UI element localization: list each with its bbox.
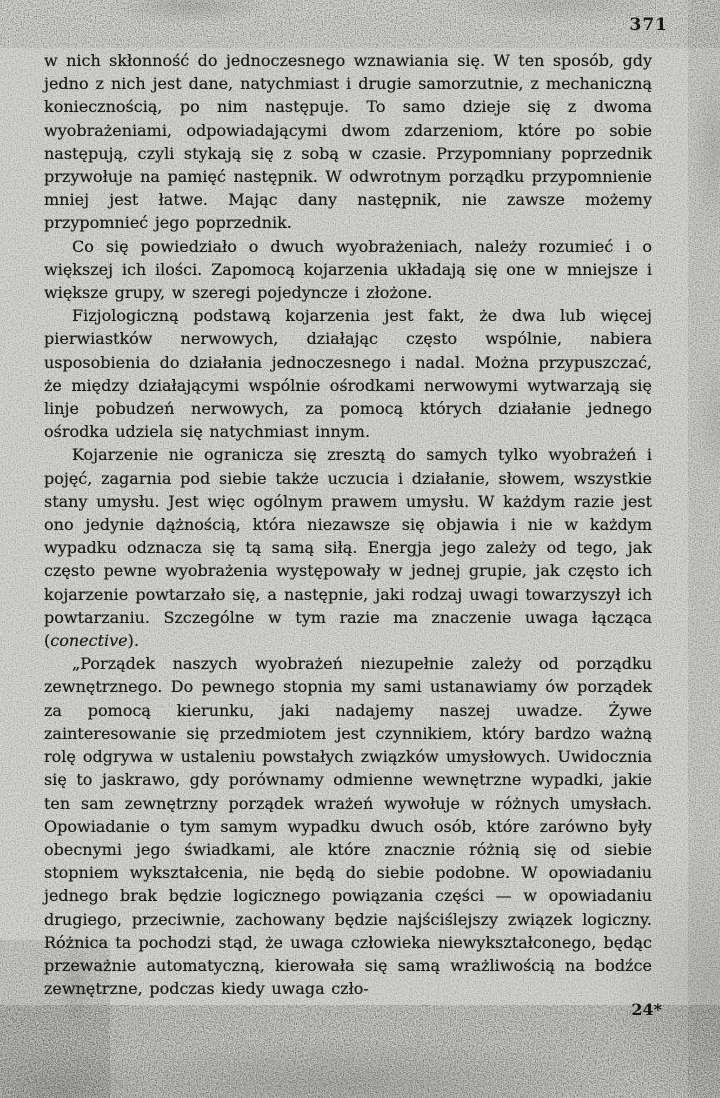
paragraph-text: ). [128,631,139,650]
italic-term: conective [50,631,127,650]
paragraph: Co się powiedziało o dwuch wyobrażeniach… [44,235,652,305]
paragraph-quote: „Porządek naszych wyobrażeń niezupełnie … [44,652,652,1000]
page-number: 371 [630,15,669,35]
scanned-book-page: 371 w nich skłonność do jednoczesnego wz… [0,0,720,1098]
body-text: w nich skłonność do jednoczesnego wznawi… [44,49,652,1000]
paragraph-continuation: w nich skłonność do jednoczesnego wznawi… [44,49,652,235]
paragraph: Kojarzenie nie ogranicza się zresztą do … [44,443,652,652]
signature-mark: 24* [631,1000,662,1019]
paragraph: Fizjologiczną podstawą kojarzenia jest f… [44,304,652,443]
paragraph-text: Kojarzenie nie ogranicza się zresztą do … [44,445,652,650]
